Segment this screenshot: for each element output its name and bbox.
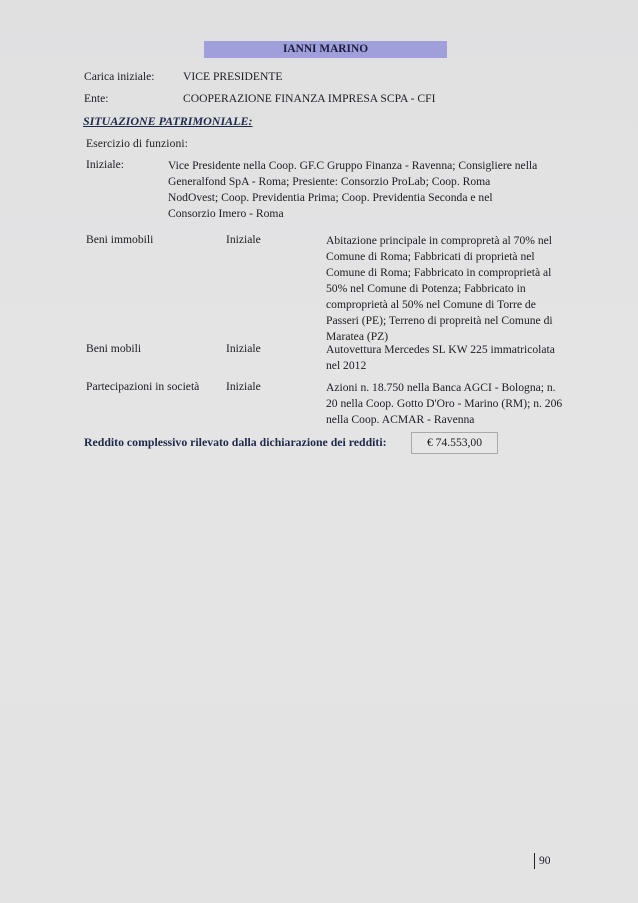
section-title: SITUAZIONE PATRIMONIALE:: [83, 114, 252, 129]
asset-period: Iniziale: [226, 380, 261, 393]
income-label: Reddito complessivo rilevato dalla dichi…: [84, 435, 387, 450]
asset-category: Beni immobili: [86, 233, 153, 246]
iniziale-label: Iniziale:: [86, 158, 124, 171]
carica-value: VICE PRESIDENTE: [183, 70, 283, 83]
esercizio-label: Esercizio di funzioni:: [86, 137, 188, 150]
iniziale-functions-text: Vice Presidente nella Coop. GF.C Gruppo …: [168, 158, 540, 222]
income-value-box: € 74.553,00: [411, 432, 498, 454]
asset-category: Beni mobili: [86, 342, 141, 355]
asset-description: Autovettura Mercedes SL KW 225 immatrico…: [326, 342, 566, 374]
asset-description: Azioni n. 18.750 nella Banca AGCI - Bolo…: [326, 380, 566, 428]
asset-period: Iniziale: [226, 233, 261, 246]
asset-period: Iniziale: [226, 342, 261, 355]
ente-label: Ente:: [84, 92, 108, 105]
person-name-header: IANNI MARINO: [204, 41, 447, 58]
asset-category: Partecipazioni in società: [86, 380, 199, 393]
carica-label: Carica iniziale:: [84, 70, 155, 83]
page-number: 90: [534, 853, 551, 869]
asset-description: Abitazione principale in compropretà al …: [326, 233, 566, 345]
document-page: IANNI MARINO Carica iniziale: VICE PRESI…: [0, 0, 638, 903]
ente-value: COOPERAZIONE FINANZA IMPRESA SCPA - CFI: [183, 92, 435, 105]
